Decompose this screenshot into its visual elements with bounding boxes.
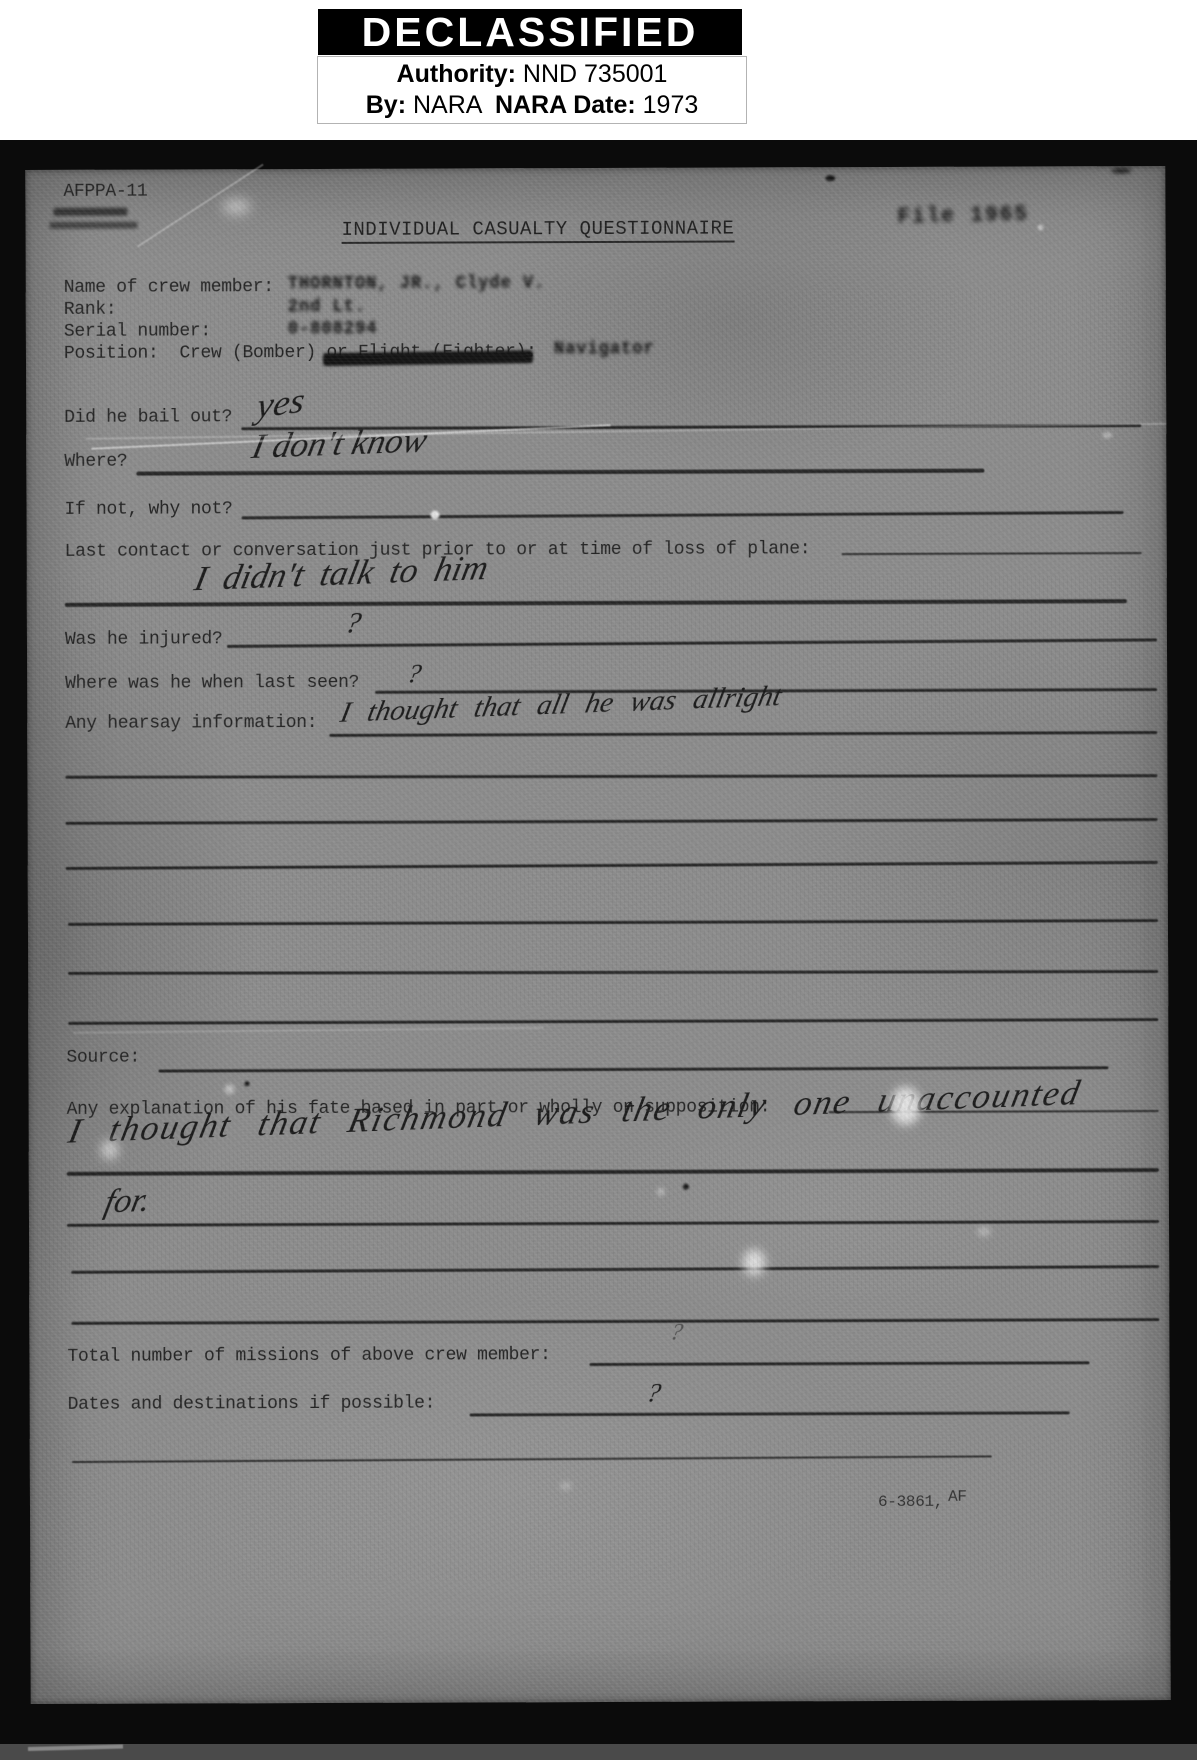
blank-line — [66, 861, 1158, 870]
if-not-label: If not, why not? — [64, 499, 232, 520]
position-label-struck: or Flight (Fighter) — [326, 342, 526, 363]
blank-line — [68, 970, 1158, 975]
nara-date-label: NARA Date: — [495, 91, 636, 119]
footer-code: 6-3861,AF — [878, 1493, 962, 1511]
blank-line — [68, 919, 1158, 926]
missions-faint-mark: ? — [667, 1319, 685, 1346]
scratch-mark — [137, 164, 264, 248]
answer-line — [67, 1220, 1159, 1227]
declassified-info-box: Authority: NND 735001 By: NARA NARA Date… — [317, 56, 747, 124]
answer-line — [589, 1361, 1089, 1366]
film-grain-overlay — [25, 166, 1170, 1704]
answer-line — [842, 552, 1142, 555]
supposition-answer-line1: I thought that Richmond was the only one… — [65, 1073, 1085, 1152]
serial-label: Serial number: — [64, 321, 211, 342]
paper-speck — [743, 1249, 765, 1275]
answer-line — [470, 1411, 1070, 1416]
bail-out-answer: yes — [254, 379, 307, 427]
footer-suffix: AF — [948, 1488, 967, 1506]
answer-line — [242, 511, 1124, 519]
dates-answer: ? — [644, 1377, 664, 1409]
where-label: Where? — [64, 452, 127, 472]
answer-line — [227, 638, 1157, 647]
authority-line: Authority: NND 735001 — [397, 60, 668, 89]
serial-value: 0-808294 — [288, 319, 378, 340]
dark-speck — [825, 175, 835, 181]
where-answer: I don't know — [248, 421, 431, 468]
position-label-prefix: Position: Crew (Bomber) — [64, 343, 327, 364]
scan-bottom-strip — [0, 1744, 1197, 1760]
blank-line — [65, 774, 1157, 779]
scan-background: AFPPA-11 INDIVIDUAL CASUALTY QUESTIONNAI… — [0, 140, 1197, 1760]
nara-date-value: 1973 — [636, 91, 699, 119]
authority-value: NND 735001 — [516, 60, 667, 88]
position-row: Position: Crew (Bomber) or Flight (Fight… — [64, 342, 547, 364]
paper-speck — [657, 1188, 665, 1196]
rank-value: 2nd Lt. — [288, 297, 366, 318]
bail-out-label: Did he bail out? — [64, 407, 232, 428]
name-value: THORNTON, JR., Clyde V. — [288, 273, 546, 294]
declassified-banner: DECLASSIFIED — [318, 9, 742, 55]
rank-label: Rank: — [64, 300, 117, 320]
blank-line — [68, 1018, 1158, 1025]
ink-smudge — [50, 222, 138, 229]
name-label: Name of crew member: — [64, 277, 274, 298]
scanned-page: AFPPA-11 INDIVIDUAL CASUALTY QUESTIONNAI… — [25, 166, 1170, 1704]
scratch-mark — [73, 1027, 543, 1034]
blank-line — [72, 1455, 992, 1463]
answer-line — [65, 599, 1127, 607]
paper-speck — [222, 199, 250, 214]
answer-line — [67, 1168, 1159, 1176]
file-stamp: File 1965 — [897, 203, 1029, 230]
dark-speck — [683, 1184, 689, 1190]
position-value: Navigator — [554, 339, 655, 360]
by-label: By: — [366, 91, 406, 119]
by-value: NARA — [406, 91, 495, 119]
strikethrough-bar — [322, 350, 532, 366]
dates-label: Dates and destinations if possible: — [68, 1394, 436, 1415]
paper-speck — [1102, 432, 1112, 438]
last-seen-answer: ? — [404, 658, 424, 690]
blank-line — [71, 1265, 1159, 1274]
answer-line — [158, 1066, 1108, 1072]
ink-smudge — [53, 208, 127, 216]
missions-label: Total number of missions of above crew m… — [67, 1345, 550, 1367]
hearsay-label: Any hearsay information: — [65, 713, 317, 734]
supposition-answer-line2: for. — [101, 1182, 154, 1222]
answer-line — [329, 731, 1157, 737]
answer-line — [136, 469, 984, 476]
form-title: INDIVIDUAL CASUALTY QUESTIONNAIRE — [341, 218, 734, 244]
authority-label: Authority: — [397, 60, 516, 88]
paper-speck — [225, 1084, 235, 1094]
last-seen-label: Where was he when last seen? — [65, 673, 359, 694]
nara-line: By: NARA NARA Date: 1973 — [366, 91, 699, 120]
injured-answer: ? — [342, 606, 364, 641]
declassified-banner-text: DECLASSIFIED — [362, 9, 699, 56]
blank-line — [66, 818, 1158, 825]
form-number: AFPPA-11 — [63, 182, 147, 202]
document-scan-canvas: DECLASSIFIED Authority: NND 735001 By: N… — [0, 0, 1197, 1760]
paper-speck — [1038, 224, 1044, 230]
paper-speck — [977, 1227, 991, 1237]
injured-label: Was he injured? — [65, 629, 223, 650]
blank-line — [71, 1318, 1159, 1325]
source-label: Source: — [66, 1048, 140, 1068]
dark-speck — [1111, 168, 1131, 173]
dark-speck — [245, 1081, 250, 1086]
paper-speck — [560, 1482, 572, 1490]
